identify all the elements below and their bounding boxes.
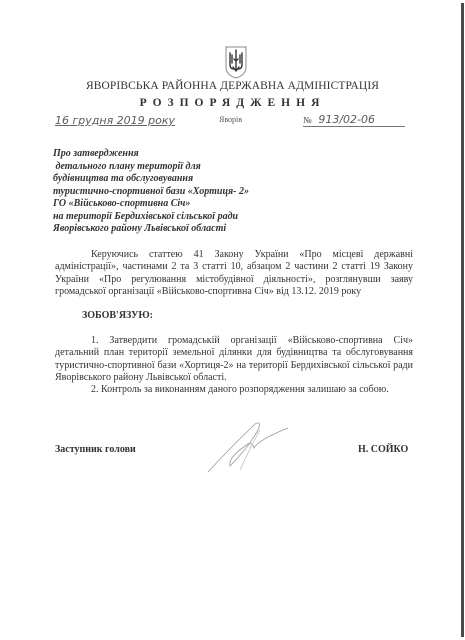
signatory-role: Заступник голови [55, 444, 136, 455]
document-place: Яворів [219, 115, 242, 124]
subject-line: Про затвердження [53, 148, 249, 161]
number-value: 913/02-06 [318, 113, 375, 126]
preamble-paragraph: Керуючись статтею 41 Закону України «Про… [55, 249, 413, 299]
subject-line: будівництва та обслуговування [53, 173, 249, 186]
handwritten-signature-icon [200, 418, 310, 473]
decree-item-2: 2. Контроль за виконанням даного розпоря… [55, 384, 413, 396]
subject-line: детального плану території для [53, 161, 249, 174]
document-number: № 913/02-06 [303, 113, 405, 127]
decree-item-1: 1. Затвердити громадській організації «В… [55, 335, 413, 385]
subject-line: Яворівського району Львівської області [53, 223, 249, 236]
signatory-name: Н. СОЙКО [358, 444, 408, 455]
subject-block: Про затвердження детального плану терито… [53, 148, 249, 236]
number-label: № [303, 115, 312, 125]
organization-name: ЯВОРІВСЬКА РАЙОННА ДЕРЖАВНА АДМІНІСТРАЦІ… [0, 80, 465, 92]
subject-line: ГО «Військово-спортивна Січ» [53, 198, 249, 211]
document-date: 16 грудня 2019 року [55, 114, 175, 127]
subject-line: туристично-спортивної бази «Хортиця- 2» [53, 186, 249, 199]
decree-heading: ЗОБОВ'ЯЗУЮ: [82, 310, 153, 321]
trident-coat-of-arms-icon [224, 45, 248, 79]
document-type-title: РОЗПОРЯДЖЕННЯ [0, 97, 465, 109]
subject-line: на території Бердихівської сільської рад… [53, 211, 249, 224]
